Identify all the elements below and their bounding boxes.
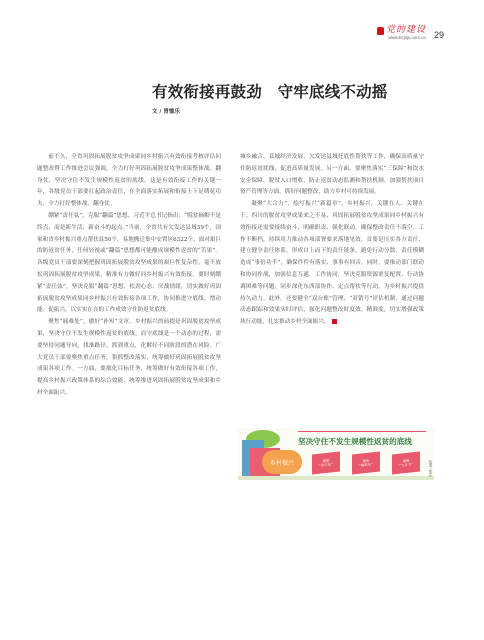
logo-url: www.bcjsjx.com.cn (388, 35, 426, 40)
arrow-line-icon (298, 431, 426, 432)
flag: 凝聚 “大合力” (392, 452, 420, 475)
right-column: 城乡融合、县域经济发展、欠发达县域托底性帮扶等工作，确保高质量守住防返贫底线、促… (240, 152, 424, 329)
flag: 聚焦 “痛难处” (352, 452, 380, 475)
page-header: 党的建设 www.bcjsjx.com.cn 29 (377, 26, 444, 40)
flag-line: “大合力” (399, 462, 413, 467)
illustration-credit: 绘图／郑乐 (428, 460, 433, 477)
paragraph: 聚焦“痛难处”，做好“补短”文章。乡村振兴的前提是巩固脱贫攻坚成果，坚决守住不发… (37, 317, 221, 400)
heart-label: 乡村振兴 (270, 458, 294, 467)
flag-line: “责任弦” (319, 462, 333, 467)
paragraph: 前不久，全省巩固拓展脱贫攻坚成果同乡村振兴有效衔接考核评估问题整改暨工作推进会议… (37, 152, 221, 211)
magazine-logo: 党的建设 www.bcjsjx.com.cn (377, 26, 426, 40)
page-number: 29 (434, 30, 444, 40)
paragraph: 凝聚“大合力”，绘写振兴“新篇章”。乡村振兴，关键在人、关键在干。四川的脱贫攻坚… (240, 199, 424, 329)
logo-name: 党的建设 (386, 26, 426, 35)
banner-title: 坚决守住不发生规模性返贫的底线 (298, 436, 412, 447)
flag-group: 绷紧 “责任弦” 聚焦 “痛难处” 凝聚 “大合力” (312, 453, 420, 473)
article-title: 有效衔接再鼓劲 守牢底线不动摇 (152, 80, 388, 102)
flag-line: “痛难处” (359, 462, 373, 467)
party-emblem-icon (377, 27, 384, 35)
illustration-banner: 乡村振兴 坚决守住不发生规模性返贫的底线 绷紧 “责任弦” 聚焦 “痛难处” 凝… (238, 428, 434, 480)
left-column: 前不久，全省巩固拓展脱贫攻坚成果同乡村振兴有效衔接考核评估问题整改暨工作推进会议… (37, 152, 221, 400)
article-byline: 文 / 胃恤乐 (152, 107, 180, 115)
heart-icon: 乡村振兴 (262, 450, 302, 474)
flag: 绷紧 “责任弦” (312, 452, 340, 475)
paragraph: 绷紧“责任弦”，克服“翻篇”思想。习近平总书记指出：“脱贫摘帽不是终点，而是新生… (37, 211, 221, 317)
grass-ground (238, 476, 434, 480)
end-mark-icon (332, 319, 337, 324)
paragraph-text: 凝聚“大合力”，绘写振兴“新篇章”。乡村振兴，关键在人、关键在干。四川的脱贫攻坚… (240, 201, 424, 325)
paragraph: 城乡融合、县域经济发展、欠发达县域托底性帮扶等工作，确保高质量守住防返贫底线、促… (240, 152, 424, 199)
